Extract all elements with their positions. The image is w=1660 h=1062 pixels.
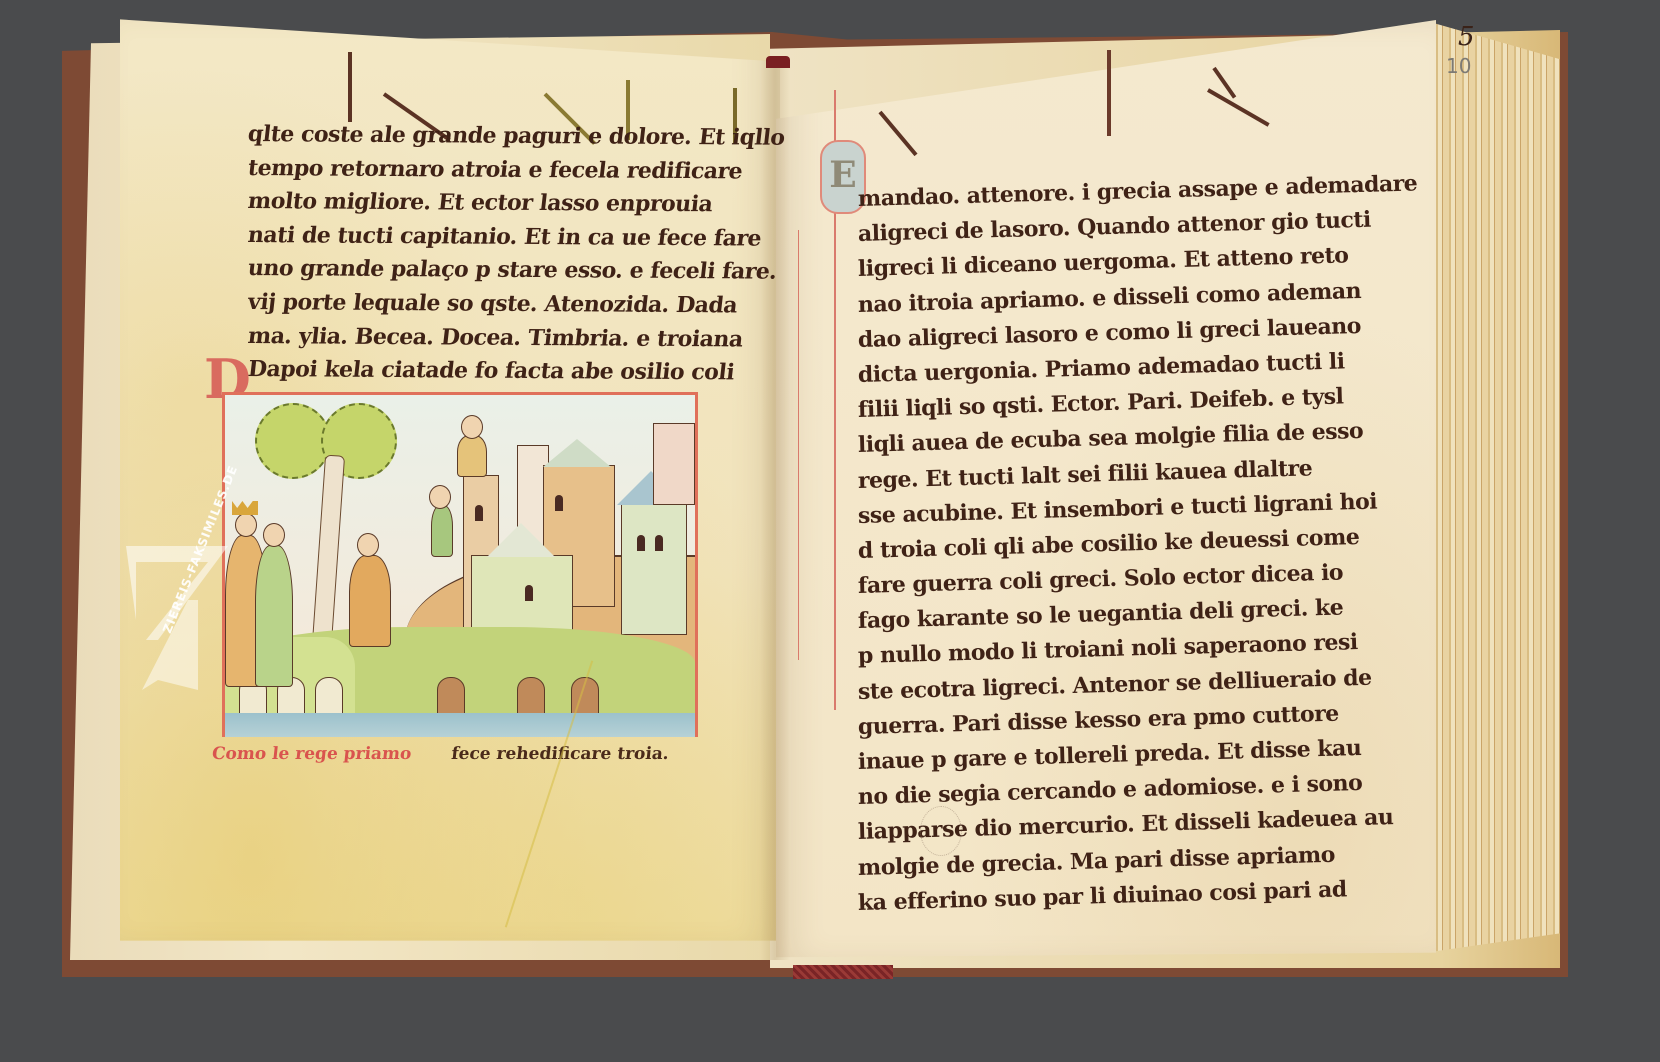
companion-figure bbox=[255, 545, 293, 687]
window bbox=[525, 585, 533, 601]
bridge-arch bbox=[315, 677, 343, 717]
marginal-flourish bbox=[798, 230, 799, 660]
tower-figure-head bbox=[461, 415, 483, 439]
mason-figure bbox=[349, 555, 391, 647]
text-line: molto migliore. Et ector lasso enprouia bbox=[246, 185, 749, 222]
manuscript-photo: qlte coste ale grande paguri e dolore. E… bbox=[0, 0, 1568, 1003]
window bbox=[475, 505, 483, 521]
miniature-illustration bbox=[222, 392, 698, 737]
text-line: uno grande palaço p stare esso. e feceli… bbox=[246, 252, 749, 289]
roof bbox=[487, 523, 555, 557]
tailband bbox=[793, 965, 893, 979]
house bbox=[621, 503, 687, 635]
wall-gate bbox=[437, 677, 465, 717]
ascender-stroke bbox=[1107, 50, 1111, 136]
text-line: vij porte lequale so qste. Atenozida. Da… bbox=[246, 286, 749, 323]
text-line: qlte coste ale grande paguri e dolore. E… bbox=[246, 118, 749, 155]
river bbox=[225, 713, 695, 737]
caption-text: Como le rege priamo bbox=[211, 744, 412, 764]
window bbox=[655, 535, 663, 551]
window bbox=[555, 495, 563, 511]
worker-head bbox=[429, 485, 451, 509]
headband bbox=[766, 56, 790, 68]
worker-figure bbox=[431, 505, 453, 557]
text-line: ma. ylia. Becea. Docea. Timbria. e troia… bbox=[246, 320, 749, 357]
text-line: tempo retornaro atroia e fecela redifica… bbox=[246, 152, 749, 189]
fore-edge-pages bbox=[1430, 22, 1560, 952]
mason-head bbox=[357, 533, 379, 557]
left-page-text: qlte coste ale grande paguri e dolore. E… bbox=[248, 118, 748, 420]
gutter bbox=[760, 60, 790, 960]
text-line: Dapoi kela ciatade fo facta abe osilio c… bbox=[246, 353, 749, 390]
crown-icon bbox=[232, 501, 258, 515]
ascender-stroke bbox=[348, 52, 352, 122]
tower bbox=[653, 423, 695, 505]
king-head bbox=[235, 513, 257, 537]
roof bbox=[543, 439, 611, 467]
text-line: nati de tucti capitanio. Et in ca ue fec… bbox=[246, 219, 749, 256]
illustration-caption: Como le rege priamofece rehedificare tro… bbox=[211, 744, 683, 764]
pencil-page-number: 10 bbox=[1446, 54, 1471, 78]
faint-stamp bbox=[920, 806, 962, 856]
folio-number: 5 bbox=[1458, 22, 1475, 52]
tree-crown bbox=[255, 403, 331, 479]
wall-gate bbox=[517, 677, 545, 717]
watermark-logo-icon bbox=[118, 540, 238, 740]
window bbox=[637, 535, 645, 551]
tower-figure bbox=[457, 435, 487, 477]
companion-head bbox=[263, 523, 285, 547]
